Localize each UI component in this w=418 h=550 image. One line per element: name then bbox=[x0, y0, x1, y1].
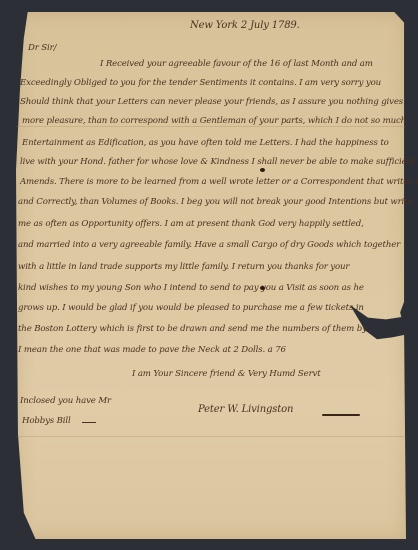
body-line: Amends. There is more to be learned from… bbox=[20, 178, 418, 187]
fold-line bbox=[16, 436, 406, 437]
closing: I am Your Sincere friend & Very Humd Ser… bbox=[132, 370, 321, 379]
letter-paper bbox=[16, 12, 406, 539]
salutation: Dr Sir/ bbox=[28, 44, 56, 53]
body-line: I Received your agreeable favour of the … bbox=[100, 60, 373, 69]
dateline: New York 2 July 1789. bbox=[190, 21, 300, 31]
body-line: kind wishes to my young Son who I intend… bbox=[18, 284, 364, 293]
body-line: with a little in land trade supports my … bbox=[18, 263, 349, 272]
body-line: grows up. I would be glad if you would b… bbox=[18, 304, 364, 313]
body-line: I mean the one that was made to pave the… bbox=[18, 346, 286, 355]
body-line: Should think that your Letters can never… bbox=[20, 98, 403, 107]
signature-flourish bbox=[322, 414, 360, 416]
body-line: more pleasure, than to correspond with a… bbox=[22, 117, 406, 126]
fold-line bbox=[16, 126, 406, 127]
postscript-flourish bbox=[82, 422, 96, 423]
body-line: Entertainment as Edification, as you hav… bbox=[22, 139, 389, 148]
body-line: the Boston Lottery which is first to be … bbox=[18, 325, 367, 334]
ink-blot bbox=[260, 168, 265, 172]
body-line: and Correctly, than Volumes of Books. I … bbox=[18, 198, 412, 207]
body-line: and married into a very agreeable family… bbox=[18, 241, 400, 250]
ink-blot bbox=[260, 286, 265, 290]
postscript-line: Inclosed you have Mr bbox=[20, 397, 111, 406]
body-line: Exceedingly Obliged to you for the tende… bbox=[20, 79, 381, 88]
body-line: live with your Hond. father for whose lo… bbox=[20, 158, 415, 167]
signature: Peter W. Livingston bbox=[198, 405, 293, 415]
postscript-line: Hobbys Bill bbox=[22, 417, 71, 426]
body-line: me as often as Opportunity offers. I am … bbox=[18, 220, 364, 229]
